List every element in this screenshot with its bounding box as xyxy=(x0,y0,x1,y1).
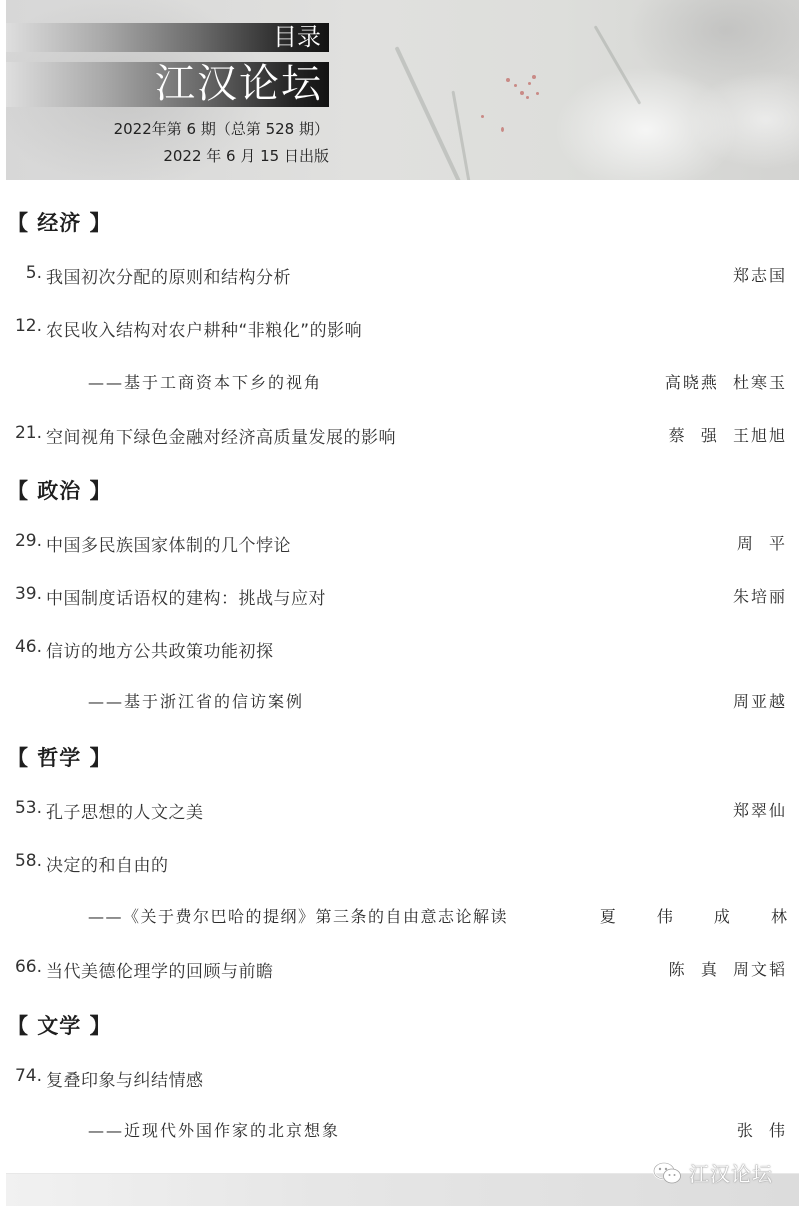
issue-info: 2022年第 6 期（总第 528 期） xyxy=(114,118,329,139)
article-author: 周 平 xyxy=(737,531,787,554)
toc-entry-subtitle: ——近现代外国作家的北京想象 张 伟 xyxy=(0,1118,799,1142)
article-author: 张 伟 xyxy=(737,1118,787,1141)
toc-entry-subtitle: ——《关于费尔巴哈的提纲》第三条的自由意志论解读 夏 伟 成 林 xyxy=(0,904,799,928)
article-subtitle: ——近现代外国作家的北京想象 xyxy=(88,1118,340,1141)
decorative-stamen xyxy=(520,91,524,95)
toc-entry[interactable]: 53. 孔子思想的人文之美 郑翠仙 xyxy=(0,798,799,822)
decorative-stem xyxy=(451,91,473,180)
page-number: 21. xyxy=(15,423,42,443)
page-number: 53. xyxy=(15,798,42,818)
toc-entry-subtitle: ——基于工商资本下乡的视角 高晓燕 杜寒玉 xyxy=(0,370,799,394)
decorative-stem xyxy=(594,25,642,104)
toc-entry[interactable]: 66. 当代美德伦理学的回顾与前瞻 陈 真 周文韬 xyxy=(0,957,799,981)
article-author: 陈 真 周文韬 xyxy=(669,957,787,980)
toc-entry[interactable]: 58. 决定的和自由的 xyxy=(0,851,799,875)
article-subtitle: ——基于浙江省的信访案例 xyxy=(88,689,304,712)
article-title: 农民收入结构对农户耕种“非粮化”的影响 xyxy=(46,316,362,341)
toc-entry-subtitle: ——基于浙江省的信访案例 周亚越 xyxy=(0,689,799,713)
decorative-stamen xyxy=(526,96,529,99)
article-title: 孔子思想的人文之美 xyxy=(46,798,204,823)
article-subtitle: ——基于工商资本下乡的视角 xyxy=(88,370,322,393)
decorative-stamen xyxy=(532,75,536,79)
article-author: 高晓燕 杜寒玉 xyxy=(665,370,787,393)
decorative-stamen xyxy=(506,78,510,82)
section-heading-economics: 【 经济 】 xyxy=(7,207,112,237)
decorative-stamen xyxy=(481,115,484,118)
article-author: 蔡 强 王旭旭 xyxy=(669,423,787,446)
decorative-stamen xyxy=(528,82,531,85)
journal-title: 江汉论坛 xyxy=(6,62,329,107)
article-title: 空间视角下绿色金融对经济高质量发展的影响 xyxy=(46,423,396,448)
page-number: 46. xyxy=(15,637,42,657)
article-author: 郑翠仙 xyxy=(733,798,787,821)
article-author: 朱培丽 xyxy=(733,584,787,607)
page-number: 58. xyxy=(15,851,42,871)
section-heading-philosophy: 【 哲学 】 xyxy=(7,742,112,772)
article-author: 夏 伟 成 林 xyxy=(600,904,799,927)
toc-entry[interactable]: 46. 信访的地方公共政策功能初探 xyxy=(0,637,799,661)
article-title: 决定的和自由的 xyxy=(46,851,169,876)
article-title: 我国初次分配的原则和结构分析 xyxy=(46,263,291,288)
toc-entry[interactable]: 12. 农民收入结构对农户耕种“非粮化”的影响 xyxy=(0,316,799,340)
wechat-icon xyxy=(653,1161,683,1185)
wechat-watermark: 江汉论坛 xyxy=(653,1158,773,1187)
article-title: 当代美德伦理学的回顾与前瞻 xyxy=(46,957,274,982)
article-author: 郑志国 xyxy=(733,263,787,286)
toc-label: 目录 xyxy=(6,23,329,52)
decorative-stamen xyxy=(536,92,539,95)
section-heading-politics: 【 政治 】 xyxy=(7,475,112,505)
toc-entry[interactable]: 5. 我国初次分配的原则和结构分析 郑志国 xyxy=(0,263,799,287)
page-number: 12. xyxy=(15,316,42,336)
watermark-text: 江汉论坛 xyxy=(689,1158,773,1187)
article-title: 中国多民族国家体制的几个悖论 xyxy=(46,531,291,556)
toc-entry[interactable]: 21. 空间视角下绿色金融对经济高质量发展的影响 蔡 强 王旭旭 xyxy=(0,423,799,447)
article-subtitle: ——《关于费尔巴哈的提纲》第三条的自由意志论解读 xyxy=(88,904,508,927)
page-number: 74. xyxy=(15,1066,42,1086)
article-author: 周亚越 xyxy=(733,689,787,712)
publish-date: 2022 年 6 月 15 日出版 xyxy=(163,145,329,166)
decorative-stem xyxy=(394,46,461,180)
toc-entry[interactable]: 29. 中国多民族国家体制的几个悖论 周 平 xyxy=(0,531,799,555)
page-number: 29. xyxy=(15,531,42,551)
article-title: 复叠印象与纠结情感 xyxy=(46,1066,204,1091)
article-title: 信访的地方公共政策功能初探 xyxy=(46,637,274,662)
decorative-stamen xyxy=(514,84,517,87)
article-title: 中国制度话语权的建构：挑战与应对 xyxy=(46,584,326,609)
page-number: 5. xyxy=(26,263,42,283)
page-number: 39. xyxy=(15,584,42,604)
section-heading-literature: 【 文学 】 xyxy=(7,1010,112,1040)
toc-entry[interactable]: 39. 中国制度话语权的建构：挑战与应对 朱培丽 xyxy=(0,584,799,608)
toc-entry[interactable]: 74. 复叠印象与纠结情感 xyxy=(0,1066,799,1090)
decorative-stamen xyxy=(501,127,504,132)
header-banner: 目录 江汉论坛 xyxy=(6,0,799,180)
page-number: 66. xyxy=(15,957,42,977)
